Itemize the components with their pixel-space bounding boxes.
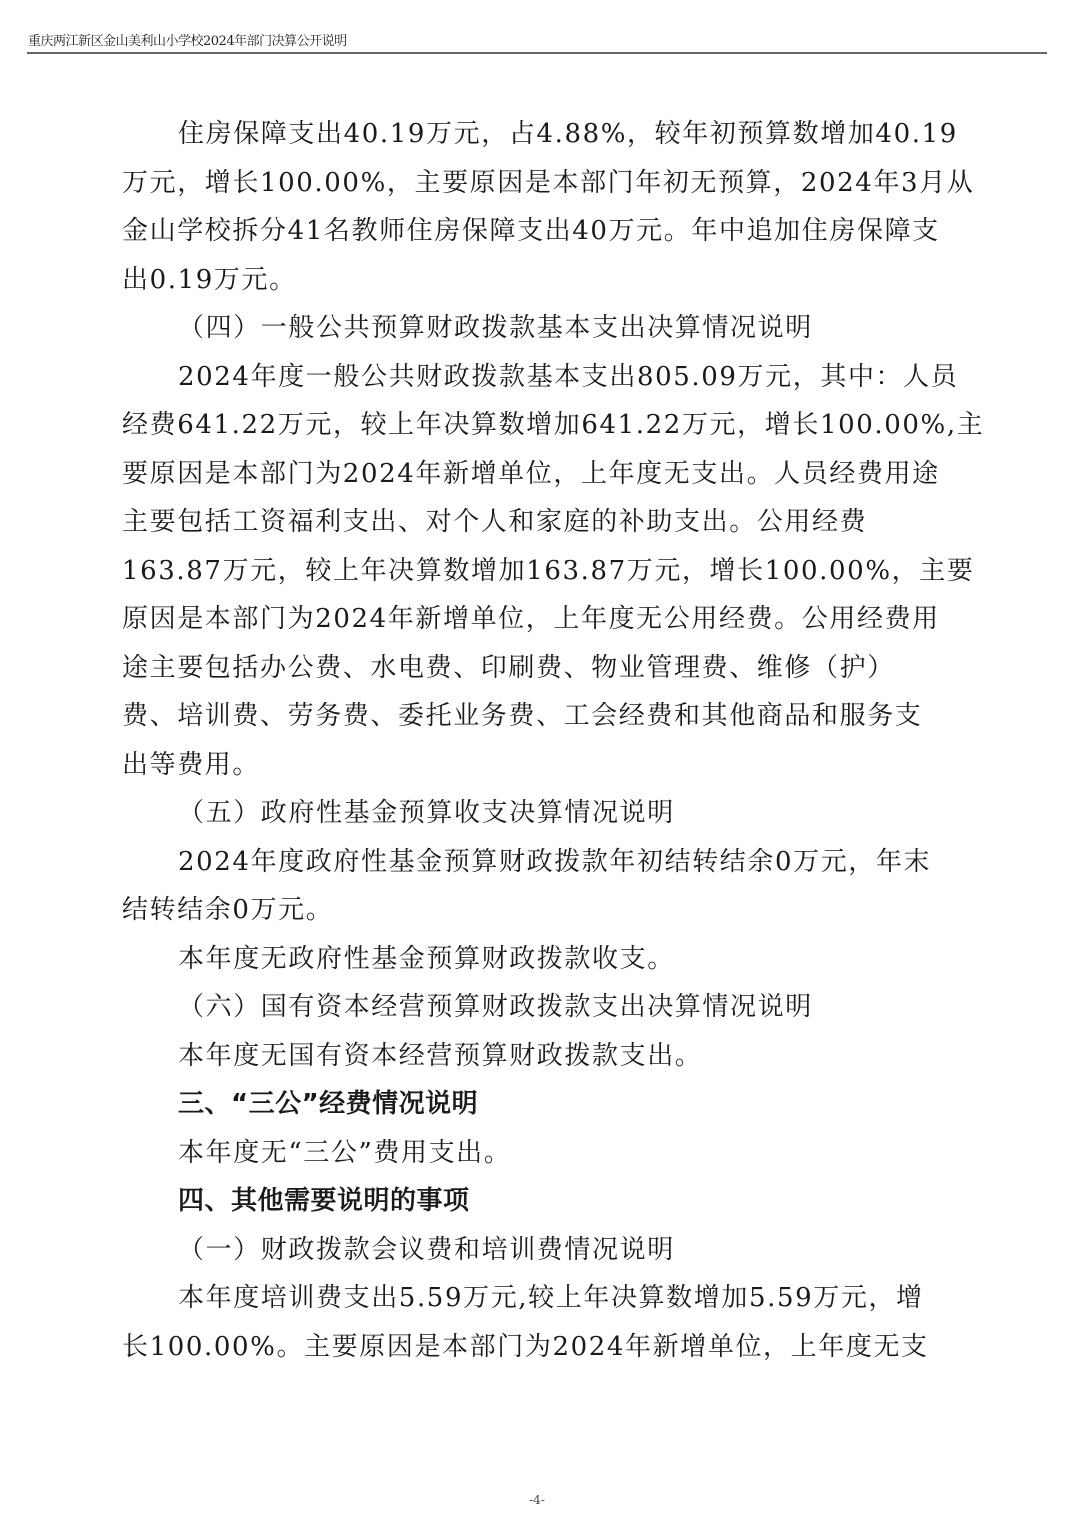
section-heading-6: （六）国有资本经营预算财政拨款支出决算情况说明 [122, 983, 958, 1032]
document-header-title: 重庆两江新区金山美利山小学校2024年部门决算公开说明 [28, 30, 347, 49]
paragraph-line: 结转结余0万元。 [122, 886, 958, 935]
paragraph-line: 费、培训费、劳务费、委托业务费、工会经费和其他商品和服务支 [122, 692, 958, 741]
paragraph-line: 2024年度政府性基金预算财政拨款年初结转结余0万元，年末 [122, 838, 958, 887]
paragraph-line: 万元，增长100.00%，主要原因是本部门年初无预算，2024年3月从 [122, 159, 958, 208]
paragraph-line: 本年度无政府性基金预算财政拨款收支。 [122, 935, 958, 984]
paragraph-line: 金山学校拆分41名教师住房保障支出40万元。年中追加住房保障支 [122, 207, 958, 256]
document-body: 住房保障支出40.19万元，占4.88%，较年初预算数增加40.19 万元，增长… [122, 110, 958, 1371]
paragraph-line: 2024年度一般公共财政拨款基本支出805.09万元，其中：人员 [122, 353, 958, 402]
paragraph-line: 原因是本部门为2024年新增单位，上年度无公用经费。公用经费用 [122, 595, 958, 644]
paragraph-line: 出等费用。 [122, 741, 958, 790]
paragraph-line: 经费641.22万元，较上年决算数增加641.22万元，增长100.00%,主 [122, 401, 958, 450]
section-heading-4: （四）一般公共预算财政拨款基本支出决算情况说明 [122, 304, 958, 353]
paragraph-line: 主要包括工资福利支出、对个人和家庭的补助支出。公用经费 [122, 498, 958, 547]
paragraph-line: 长100.00%。主要原因是本部门为2024年新增单位，上年度无支 [122, 1323, 958, 1372]
section-heading-1: （一）财政拨款会议费和培训费情况说明 [122, 1226, 958, 1275]
chapter-heading-3: 三、“三公”经费情况说明 [122, 1080, 958, 1129]
paragraph-line: 本年度培训费支出5.59万元,较上年决算数增加5.59万元，增 [122, 1274, 958, 1323]
paragraph-line: 本年度无国有资本经营预算财政拨款支出。 [122, 1032, 958, 1081]
paragraph-line: 出0.19万元。 [122, 256, 958, 305]
paragraph-line: 住房保障支出40.19万元，占4.88%，较年初预算数增加40.19 [122, 110, 958, 159]
paragraph-line: 本年度无“三公”费用支出。 [122, 1129, 958, 1178]
section-heading-5: （五）政府性基金预算收支决算情况说明 [122, 789, 958, 838]
paragraph-line: 163.87万元，较上年决算数增加163.87万元，增长100.00%，主要 [122, 547, 958, 596]
chapter-heading-4: 四、其他需要说明的事项 [122, 1177, 958, 1226]
header-divider [27, 52, 1047, 54]
paragraph-line: 途主要包括办公费、水电费、印刷费、物业管理费、维修（护） [122, 644, 958, 693]
paragraph-line: 要原因是本部门为2024年新增单位，上年度无支出。人员经费用途 [122, 450, 958, 499]
page-number: -4- [0, 1493, 1074, 1507]
